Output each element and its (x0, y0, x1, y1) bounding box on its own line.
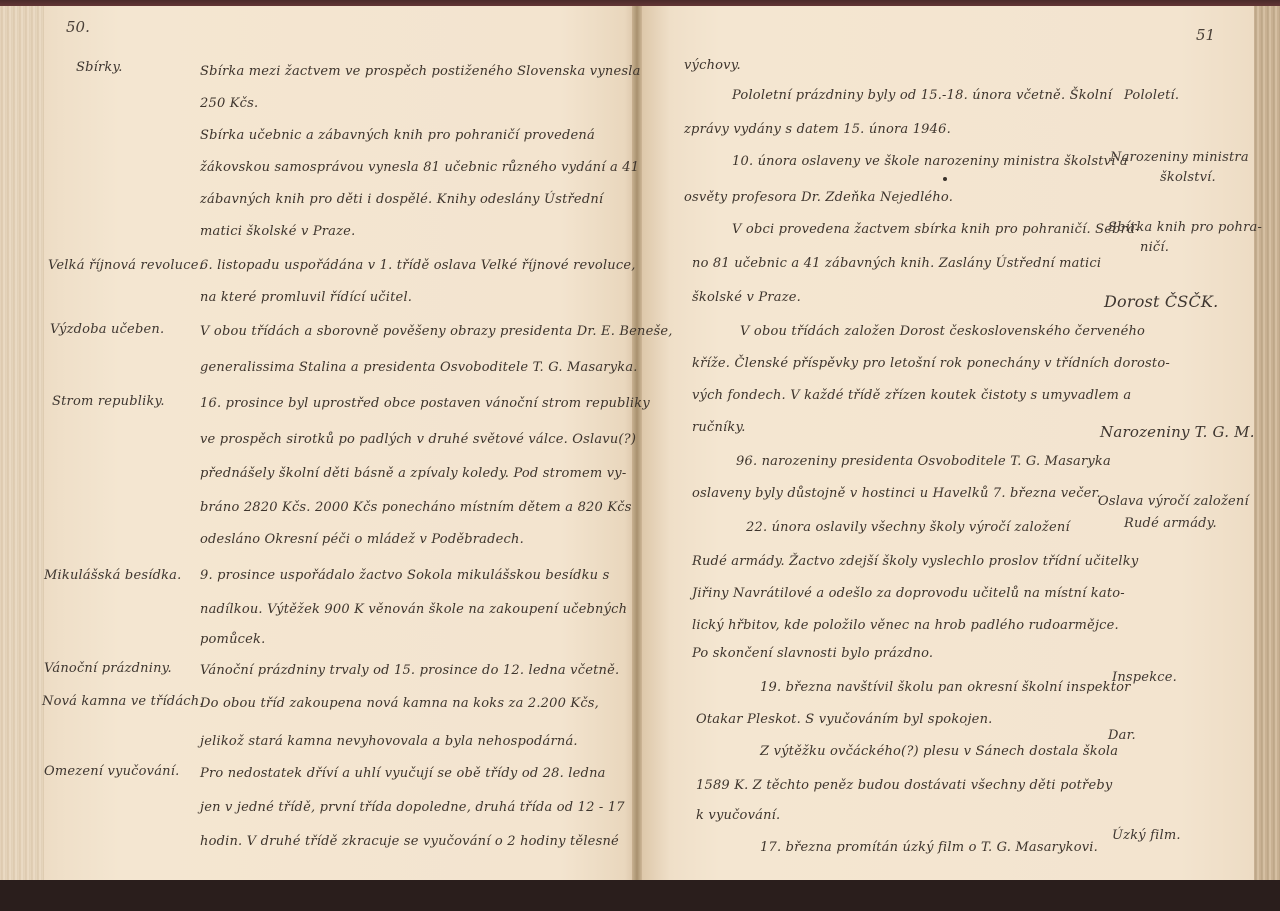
margin-note-inspekce: Inspekce. (1112, 670, 1177, 686)
text-line: V obou třídách a sborovně pověšeny obraz… (200, 324, 673, 340)
margin-note-skolstvi: školství. (1160, 170, 1216, 186)
text-line: ve prospěch sirotků po padlých v druhé s… (200, 432, 636, 448)
ink-dot (943, 177, 947, 181)
margin-note-narozeniny-tgm: Narozeniny T. G. M. (1100, 424, 1255, 440)
text-line: Rudé armády. Žactvo zdejší školy vyslech… (692, 554, 1138, 570)
text-line: Pro nedostatek dříví a uhlí vyučují se o… (200, 766, 606, 782)
text-line: 22. února oslavily všechny školy výročí … (746, 520, 1070, 536)
margin-note-revoluce: Velká říjnová revoluce. (48, 258, 203, 274)
margin-note-dar: Dar. (1108, 728, 1136, 744)
text-line: generalissima Stalina a presidenta Osvob… (200, 360, 638, 376)
margin-note-vyzdoba: Výzdoba učeben. (50, 322, 164, 338)
margin-note-omezeni: Omezení vyučování. (44, 764, 179, 780)
margin-note-vanocni: Vánoční prázdniny. (44, 661, 172, 677)
right-page (640, 6, 1254, 896)
page-number-right: 51 (1196, 26, 1215, 44)
margin-note-pololeti: Pololetí. (1124, 88, 1179, 104)
margin-note-sbirka-knih: Sbírka knih pro pohra- (1108, 220, 1262, 236)
text-line: žákovskou samosprávou vynesla 81 učebnic… (200, 160, 639, 176)
margin-note-pohranici: ničí. (1140, 240, 1169, 256)
text-line: 6. listopadu uspořádána v 1. třídě oslav… (200, 258, 636, 274)
text-line: Jiřiny Navrátilové a odešlo za doprovodu… (692, 586, 1125, 602)
text-line: Sbírka mezi žactvem ve prospěch postižen… (200, 64, 641, 80)
text-line: matici školské v Praze. (200, 224, 355, 240)
margin-note-sbirky: Sbírky. (76, 60, 123, 76)
text-line: jen v jedné třídě, první třída dopoledne… (200, 800, 625, 816)
margin-note-mikulasska: Mikulášská besídka. (44, 568, 181, 584)
text-line: k vyučování. (696, 808, 780, 824)
text-line: 19. března navštívil školu pan okresní š… (760, 680, 1131, 696)
text-line: Pololetní prázdniny byly od 15.-18. únor… (732, 88, 1112, 104)
text-line: školské v Praze. (692, 290, 801, 306)
margin-note-oslava: Oslava výročí založení (1098, 494, 1249, 510)
text-line: kříže. Členské příspěvky pro letošní rok… (692, 356, 1170, 372)
text-line: Otakar Pleskot. S vyučováním byl spokoje… (696, 712, 992, 728)
book-gutter (632, 6, 642, 896)
text-line: Vánoční prázdniny trvaly od 15. prosince… (200, 663, 619, 679)
page-number-left: 50. (66, 18, 90, 36)
book-bottom-shadow (0, 880, 1280, 911)
text-line: pomůcek. (200, 632, 265, 648)
text-line: 96. narozeniny presidenta Osvoboditele T… (736, 454, 1111, 470)
text-line: 250 Kčs. (200, 96, 258, 112)
text-line: jelikož stará kamna nevyhovovala a byla … (200, 734, 578, 750)
text-line: 1589 K. Z těchto peněz budou dostávati v… (696, 778, 1112, 794)
text-line: ručníky. (692, 420, 746, 436)
text-line: odesláno Okresní péči o mládež v Poděbra… (200, 532, 524, 548)
left-page-edges (0, 6, 44, 896)
text-line: Po skončení slavnosti bylo prázdno. (692, 646, 933, 662)
text-line: lický hřbitov, kde položilo věnec na hro… (692, 618, 1119, 634)
text-line: výchovy. (684, 58, 741, 74)
text-line: Z výtěžku ovčáckého(?) plesu v Sánech do… (760, 744, 1118, 760)
text-line: 16. prosince byl uprostřed obce postaven… (200, 396, 650, 412)
margin-note-uzky-film: Úzký film. (1112, 828, 1181, 844)
text-line: 17. března promítán úzký film o T. G. Ma… (760, 840, 1098, 856)
text-line: V obci provedena žactvem sbírka knih pro… (732, 222, 1140, 238)
text-line: bráno 2820 Kčs. 2000 Kčs ponecháno místn… (200, 500, 632, 516)
right-page-edges (1254, 6, 1280, 896)
text-line: zábavných knih pro děti i dospělé. Knihy… (200, 192, 603, 208)
text-line: hodin. V druhé třídě zkracuje se vyučová… (200, 834, 619, 850)
text-line: 9. prosince uspořádalo žactvo Sokola mik… (200, 568, 609, 584)
text-line: osvěty profesora Dr. Zdeňka Nejedlého. (684, 190, 953, 206)
text-line: zprávy vydány s datem 15. února 1946. (684, 122, 951, 138)
open-ledger-book: 50. Sbírky. Velká říjnová revoluce. Výzd… (0, 0, 1280, 911)
text-line: oslaveny byly důstojně v hostinci u Have… (692, 486, 1101, 502)
text-line: přednášely školní děti básně a zpívaly k… (200, 466, 626, 482)
text-line: na které promluvil řídící učitel. (200, 290, 412, 306)
margin-note-strom: Strom republiky. (52, 394, 165, 410)
margin-note-kamna: Nová kamna ve třídách. (42, 694, 204, 710)
margin-note-rude-armady: Rudé armády. (1124, 516, 1217, 532)
text-line: Sbírka učebnic a zábavných knih pro pohr… (200, 128, 595, 144)
text-line: V obou třídách založen Dorost českoslove… (740, 324, 1145, 340)
text-line: nadílkou. Výtěžek 900 K věnován škole na… (200, 602, 627, 618)
margin-note-narozeniny-ministra: Narozeniny ministra (1110, 150, 1249, 166)
text-line: no 81 učebnic a 41 zábavných knih. Zaslá… (692, 256, 1101, 272)
text-line: 10. února oslaveny ve škole narozeniny m… (732, 154, 1128, 170)
text-line: Do obou tříd zakoupena nová kamna na kok… (200, 696, 599, 712)
text-line: vých fondech. V každé třídě zřízen koute… (692, 388, 1131, 404)
margin-note-dorost: Dorost ČSČK. (1104, 294, 1218, 310)
